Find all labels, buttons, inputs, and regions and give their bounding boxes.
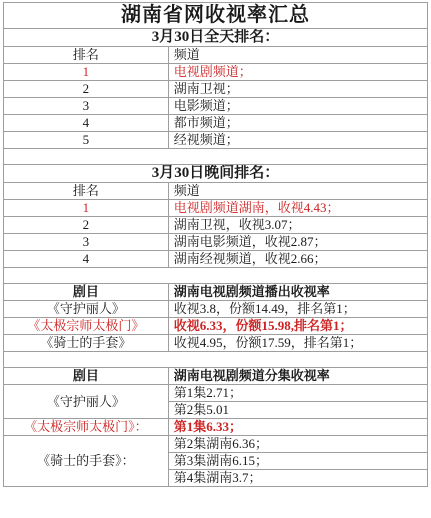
- rank-cell: 2: [4, 81, 169, 98]
- column-header-episode-rating: 湖南电视剧频道分集收视率: [168, 368, 427, 385]
- table-row: 5经视频道；: [4, 132, 428, 149]
- section-header-row: 3月30日全天排名：: [4, 29, 428, 47]
- table-row: 排名频道: [4, 183, 428, 200]
- table-row: 1电视剧频道湖南，收视4.43；: [4, 200, 428, 217]
- table-row: 《守护丽人》收视3.8，份额14.49，排名第1；: [4, 301, 428, 318]
- table-row: 3湖南电影频道，收视2.87；: [4, 234, 428, 251]
- table-row: 《骑士的手套》：第2集湖南6.36；: [4, 436, 428, 453]
- channel-cell: 湖南卫视；: [168, 81, 427, 98]
- channel-cell: 都市频道；: [168, 115, 427, 132]
- column-header-channel: 频道: [168, 183, 427, 200]
- section-header-allday: 3月30日全天排名：: [4, 29, 428, 47]
- table-row: [4, 149, 428, 165]
- episode-rating-cell: 第2集5.01: [168, 402, 427, 419]
- table-row: 1电视剧频道；: [4, 64, 428, 81]
- episode-rating-cell: 第1集6.33；: [168, 419, 427, 436]
- table-row: 剧目湖南电视剧频道分集收视率: [4, 368, 428, 385]
- table-row: [4, 352, 428, 368]
- spacer-row-cell: [4, 352, 428, 368]
- rating-cell: 收视4.95，份额17.59，排名第1；: [168, 335, 427, 352]
- ratings-table-body: 湖南省网收视率汇总3月30日全天排名：排名频道1电视剧频道；2湖南卫视；3电影频…: [4, 3, 428, 487]
- column-header-rank: 排名: [4, 47, 169, 64]
- page-title: 湖南省网收视率汇总: [4, 3, 428, 29]
- rank-cell: 4: [4, 251, 169, 268]
- rank-cell: 5: [4, 132, 169, 149]
- rating-cell: 收视6.33，份额15.98,排名第1；: [168, 318, 427, 335]
- channel-rating-cell: 湖南电影频道，收视2.87；: [168, 234, 427, 251]
- table-row: 4湖南经视频道，收视2.66；: [4, 251, 428, 268]
- table-row: 《守护丽人》第1集2.71；: [4, 385, 428, 402]
- episode-rating-cell: 第4集湖南3.7；: [168, 470, 427, 487]
- table-row: 《太极宗师太极门》：第1集6.33；: [4, 419, 428, 436]
- episode-rating-cell: 第1集2.71；: [168, 385, 427, 402]
- rank-cell: 2: [4, 217, 169, 234]
- screenshot-root: 湖南省网收视率汇总3月30日全天排名：排名频道1电视剧频道；2湖南卫视；3电影频…: [0, 0, 431, 518]
- program-cell: 《骑士的手套》: [4, 335, 169, 352]
- channel-rating-cell: 湖南卫视，收视3.07；: [168, 217, 427, 234]
- table-row: 2湖南卫视，收视3.07；: [4, 217, 428, 234]
- table-row: 《太极宗师太极门》收视6.33，份额15.98,排名第1；: [4, 318, 428, 335]
- column-header-program: 剧目: [4, 368, 169, 385]
- rank-cell: 1: [4, 64, 169, 81]
- table-row: 3电影频道；: [4, 98, 428, 115]
- channel-cell: 电影频道；: [168, 98, 427, 115]
- channel-cell: 电视剧频道；: [168, 64, 427, 81]
- section-header-row: 3月30日晚间排名：: [4, 165, 428, 183]
- table-row: 剧目湖南电视剧频道播出收视率: [4, 284, 428, 301]
- program-cell: 《守护丽人》: [4, 301, 169, 318]
- column-header-rank: 排名: [4, 183, 169, 200]
- program-cell: 《骑士的手套》：: [4, 436, 169, 487]
- channel-rating-cell: 湖南经视频道，收视2.66；: [168, 251, 427, 268]
- column-header-channel: 频道: [168, 47, 427, 64]
- ratings-table: 湖南省网收视率汇总3月30日全天排名：排名频道1电视剧频道；2湖南卫视；3电影频…: [3, 2, 428, 487]
- program-cell: 《太极宗师太极门》: [4, 318, 169, 335]
- program-cell: 《太极宗师太极门》：: [4, 419, 169, 436]
- program-cell: 《守护丽人》: [4, 385, 169, 419]
- section-header-evening: 3月30日晚间排名：: [4, 165, 428, 183]
- episode-rating-cell: 第2集湖南6.36；: [168, 436, 427, 453]
- rank-cell: 1: [4, 200, 169, 217]
- title-row: 湖南省网收视率汇总: [4, 3, 428, 29]
- table-row: 《骑士的手套》收视4.95，份额17.59，排名第1；: [4, 335, 428, 352]
- rank-cell: 3: [4, 234, 169, 251]
- column-header-program: 剧目: [4, 284, 169, 301]
- rating-cell: 收视3.8，份额14.49，排名第1；: [168, 301, 427, 318]
- table-row: 2湖南卫视；: [4, 81, 428, 98]
- column-header-broadcast-rating: 湖南电视剧频道播出收视率: [168, 284, 427, 301]
- table-row: 排名频道: [4, 47, 428, 64]
- channel-cell: 经视频道；: [168, 132, 427, 149]
- table-row: 4都市频道；: [4, 115, 428, 132]
- spacer-row-cell: [4, 149, 428, 165]
- episode-rating-cell: 第3集湖南6.15；: [168, 453, 427, 470]
- channel-rating-cell: 电视剧频道湖南，收视4.43；: [168, 200, 427, 217]
- rank-cell: 4: [4, 115, 169, 132]
- rank-cell: 3: [4, 98, 169, 115]
- table-row: [4, 268, 428, 284]
- spacer-row-cell: [4, 268, 428, 284]
